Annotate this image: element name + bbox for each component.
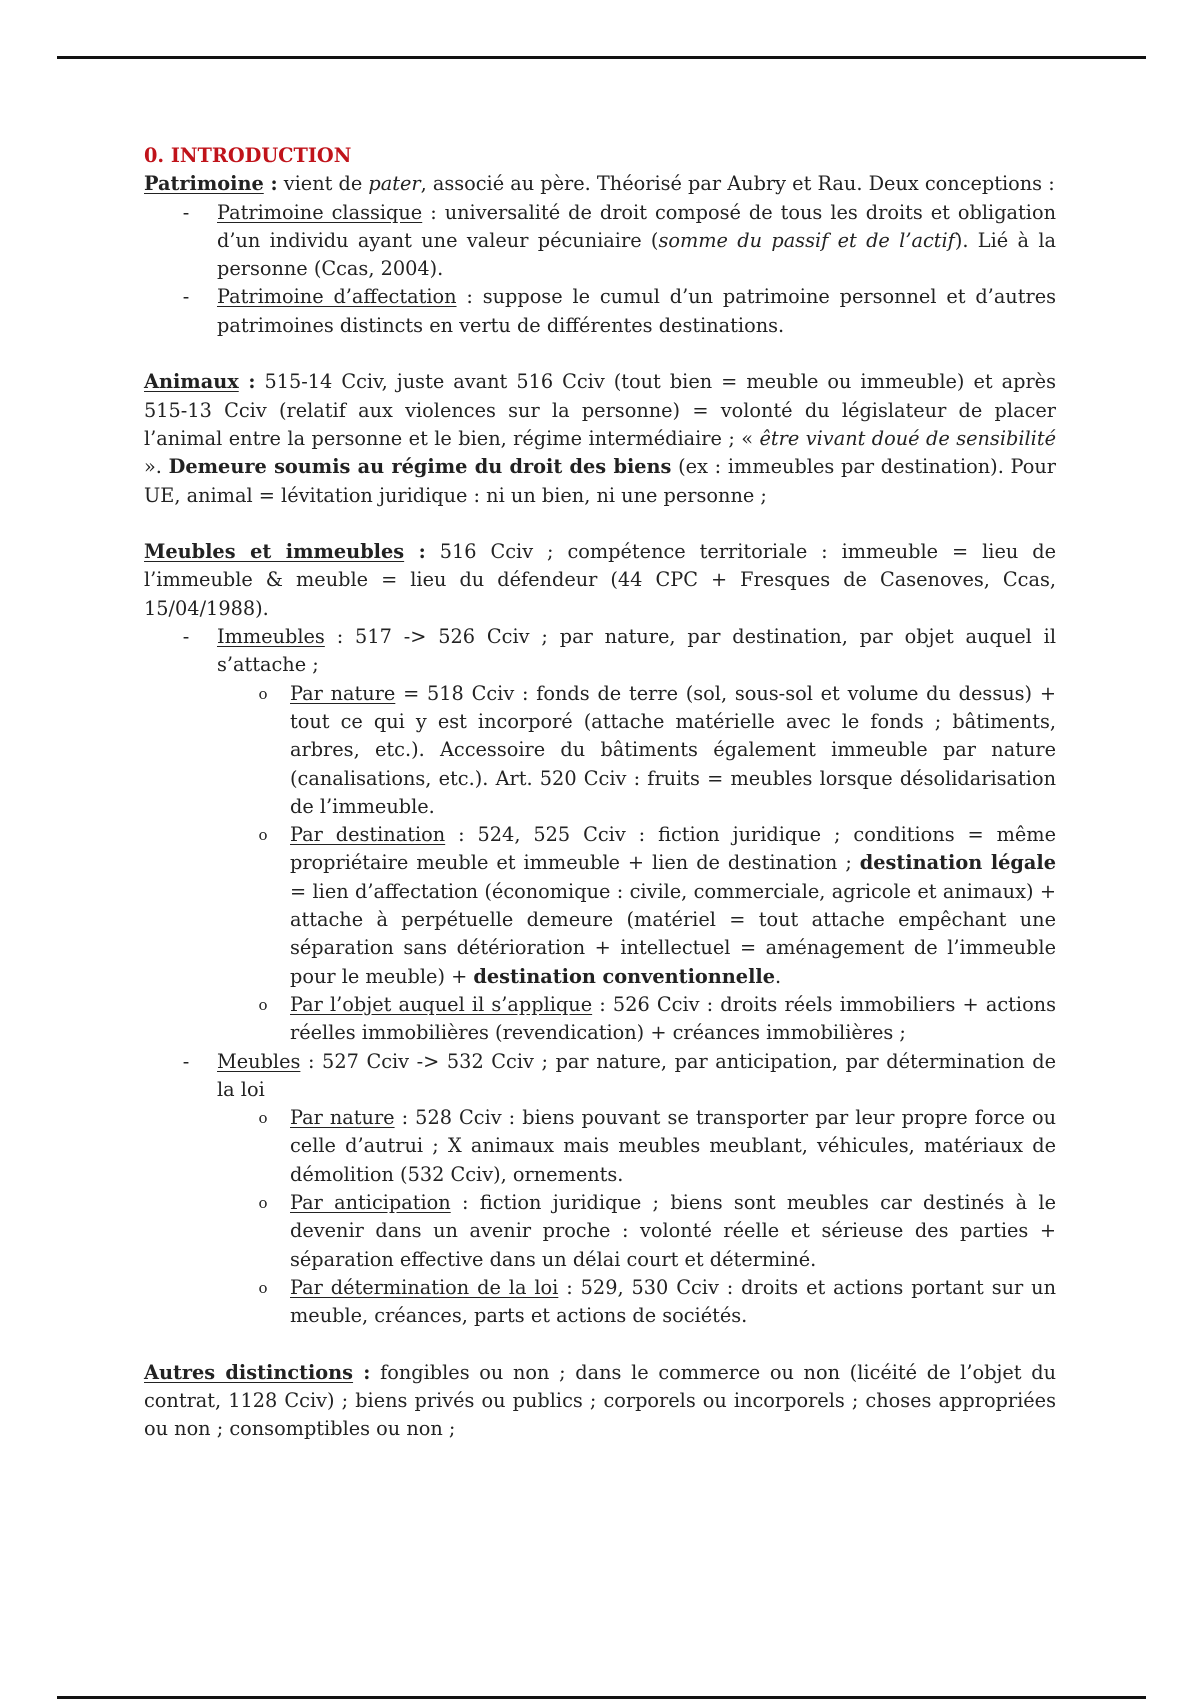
circle-bullet-icon: o (256, 991, 270, 1019)
patrimoine-list: -Patrimoine classique : universalité de … (144, 199, 1056, 340)
term-animaux: Animaux (144, 370, 239, 393)
paragraph-animaux: Animaux : 515-14 Cciv, juste avant 516 C… (144, 368, 1056, 509)
list-item: oPar anticipation : fiction juridique ; … (144, 1189, 1056, 1274)
term-meubles-immeubles: Meubles et immeubles (144, 540, 404, 563)
list-item: oPar l’objet auquel il s’applique : 526 … (144, 991, 1056, 1048)
document-page: 0. INTRODUCTION Patrimoine : vient de pa… (144, 142, 1056, 1444)
paragraph-autres-distinctions: Autres distinctions : fongibles ou non ;… (144, 1359, 1056, 1444)
term-patrimoine: Patrimoine (144, 172, 264, 195)
dash-bullet-icon: - (180, 1048, 192, 1076)
circle-bullet-icon: o (256, 821, 270, 849)
paragraph-patrimoine: Patrimoine : vient de pater, associé au … (144, 170, 1056, 198)
list-item: oPar nature : 528 Cciv : biens pouvant s… (144, 1104, 1056, 1189)
spacer (144, 1330, 1056, 1358)
term-autres-distinctions: Autres distinctions (144, 1361, 353, 1384)
dash-bullet-icon: - (180, 199, 192, 227)
circle-bullet-icon: o (256, 1104, 270, 1132)
list-item: oPar nature = 518 Cciv : fonds de terre … (144, 680, 1056, 821)
list-item-meubles: -Meubles : 527 Cciv -> 532 Cciv ; par na… (144, 1048, 1056, 1105)
list-item: -Patrimoine classique : universalité de … (144, 199, 1056, 284)
list-item-immeubles: -Immeubles : 517 -> 526 Cciv ; par natur… (144, 623, 1056, 680)
dash-bullet-icon: - (180, 623, 192, 651)
meubles-immeubles-list: -Immeubles : 517 -> 526 Cciv ; par natur… (144, 623, 1056, 1330)
circle-bullet-icon: o (256, 1189, 270, 1217)
list-item: oPar destination : 524, 525 Cciv : ficti… (144, 821, 1056, 991)
circle-bullet-icon: o (256, 680, 270, 708)
paragraph-meubles-immeubles: Meubles et immeubles : 516 Cciv ; compét… (144, 538, 1056, 623)
section-heading: 0. INTRODUCTION (144, 142, 1056, 170)
footer-rule (57, 1696, 1146, 1699)
spacer (144, 340, 1056, 368)
circle-bullet-icon: o (256, 1274, 270, 1302)
dash-bullet-icon: - (180, 283, 192, 311)
list-item: oPar détermination de la loi : 529, 530 … (144, 1274, 1056, 1331)
spacer (144, 510, 1056, 538)
list-item: -Patrimoine d’affectation : suppose le c… (144, 283, 1056, 340)
header-rule (57, 56, 1146, 59)
